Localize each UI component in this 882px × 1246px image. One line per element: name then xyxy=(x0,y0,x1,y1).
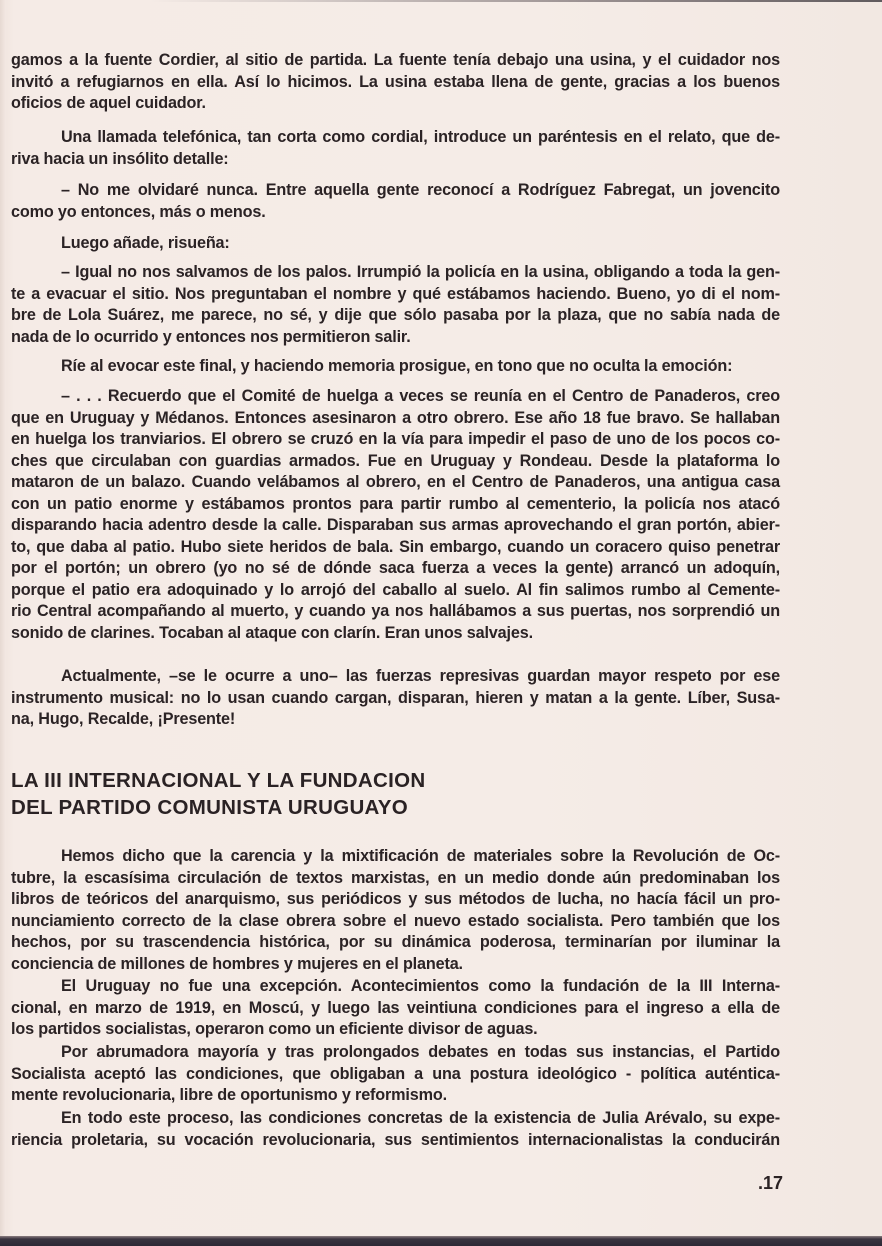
text-line: libros de teóricos del anarquismo, sus p… xyxy=(11,889,780,911)
text-line: El Uruguay no fue una excepción. Acontec… xyxy=(11,976,780,998)
paragraph-llamada-telefonica: Una llamada telefónica, tan corta como c… xyxy=(11,127,780,170)
text-line: como yo entonces, más o menos. xyxy=(11,202,780,224)
paragraph-rodriguez-fabregat: – No me olvidaré nunca. Entre aquella ge… xyxy=(11,180,780,223)
text-line: na, Hugo, Recalde, ¡Presente! xyxy=(11,709,780,731)
text-line: los partidos socialistas, operaron como … xyxy=(11,1019,780,1041)
text-line: Por abrumadora mayoría y tras prolongado… xyxy=(11,1042,780,1064)
page-top-shadow xyxy=(150,0,882,2)
text-line: mataron de un balazo. Cuando velábamos a… xyxy=(11,472,780,494)
text-line: oficios de aquel cuidador. xyxy=(11,93,780,115)
text-line: Actualmente, –se le ocurre a uno– las fu… xyxy=(11,666,780,688)
text-line: riva hacia un insólito detalle: xyxy=(11,149,780,171)
text-line: – Igual no nos salvamos de los palos. Ir… xyxy=(11,262,780,284)
text-line: to, que daba al patio. Hubo siete herido… xyxy=(11,537,780,559)
page-number: .17 xyxy=(758,1173,783,1194)
text-line: en huelga los tranviarios. El obrero se … xyxy=(11,429,780,451)
text-line: tubre, la escasísima circulación de text… xyxy=(11,868,780,890)
text-line: – . . . Recuerdo que el Comité de huelga… xyxy=(11,386,780,408)
text-line: rio Central acompañando al muerto, y cua… xyxy=(11,601,780,623)
text-line: con un patio enorme y estábamos prontos … xyxy=(11,494,780,516)
paragraph-rie-al-evocar: Ríe al evocar este final, y haciendo mem… xyxy=(11,356,780,378)
text-line: ches que circulaban con guardias armados… xyxy=(11,451,780,473)
text-line: Ríe al evocar este final, y haciendo mem… xyxy=(11,356,780,378)
text-line: invitó a refugiarnos en ella. Así lo hic… xyxy=(11,72,780,94)
text-line: hechos, por su trascendencia histórica, … xyxy=(11,932,780,954)
text-line: Hemos dicho que la carencia y la mixtifi… xyxy=(11,846,780,868)
text-line: gamos a la fuente Cordier, al sitio de p… xyxy=(11,50,780,72)
text-line: – No me olvidaré nunca. Entre aquella ge… xyxy=(11,180,780,202)
text-line: conciencia de millones de hombres y muje… xyxy=(11,954,780,976)
section-heading: LA III INTERNACIONAL Y LA FUNDACION DEL … xyxy=(11,767,425,821)
page-left-edge xyxy=(0,0,6,1236)
text-line: Socialista aceptó las condiciones, que o… xyxy=(11,1064,780,1086)
paragraph-por-abrumadora: Por abrumadora mayoría y tras prolongado… xyxy=(11,1042,780,1107)
text-line: mente revolucionaria, libre de oportunis… xyxy=(11,1085,780,1107)
paragraph-igual-no-nos-salvamos: – Igual no nos salvamos de los palos. Ir… xyxy=(11,262,780,348)
text-line: nunciamiento correcto de la clase obrera… xyxy=(11,911,780,933)
text-line: nada de lo ocurrido y entonces nos permi… xyxy=(11,327,780,349)
text-line: cional, en marzo de 1919, en Moscú, y lu… xyxy=(11,998,780,1020)
text-line: por el portón; un obrero (yo no sé de dó… xyxy=(11,558,780,580)
paragraph-recuerdo-comite: – . . . Recuerdo que el Comité de huelga… xyxy=(11,386,780,644)
paragraph-fuente-cordier: gamos a la fuente Cordier, al sitio de p… xyxy=(11,50,780,115)
paragraph-hemos-dicho: Hemos dicho que la carencia y la mixtifi… xyxy=(11,846,780,975)
text-line: Una llamada telefónica, tan corta como c… xyxy=(11,127,780,149)
paragraph-actualmente: Actualmente, –se le ocurre a uno– las fu… xyxy=(11,666,780,731)
page-bottom-edge xyxy=(0,1236,882,1246)
text-line: Luego añade, risueña: xyxy=(11,233,780,255)
text-line: disparando hacia adentro desde la calle.… xyxy=(11,515,780,537)
text-line: instrumento musical: no lo usan cuando c… xyxy=(11,688,780,710)
text-line: sonido de clarines. Tocaban al ataque co… xyxy=(11,623,780,645)
text-line: que en Uruguay y Médanos. Entonces asesi… xyxy=(11,408,780,430)
text-line: En todo este proceso, las condiciones co… xyxy=(11,1108,780,1130)
text-line: riencia proletaria, su vocación revoluci… xyxy=(11,1130,780,1152)
text-line: porque el patio era adoquinado y lo arro… xyxy=(11,580,780,602)
heading-line-1: LA III INTERNACIONAL Y LA FUNDACION xyxy=(11,767,425,794)
paragraph-en-todo-este-proceso: En todo este proceso, las condiciones co… xyxy=(11,1108,780,1151)
text-line: te a evacuar el sitio. Nos preguntaban e… xyxy=(11,284,780,306)
book-page: gamos a la fuente Cordier, al sitio de p… xyxy=(0,0,882,1246)
text-line: bre de Lola Suárez, me parece, no sé, y … xyxy=(11,305,780,327)
paragraph-luego-anade: Luego añade, risueña: xyxy=(11,233,780,255)
paragraph-el-uruguay: El Uruguay no fue una excepción. Acontec… xyxy=(11,976,780,1041)
heading-line-2: DEL PARTIDO COMUNISTA URUGUAYO xyxy=(11,794,425,821)
